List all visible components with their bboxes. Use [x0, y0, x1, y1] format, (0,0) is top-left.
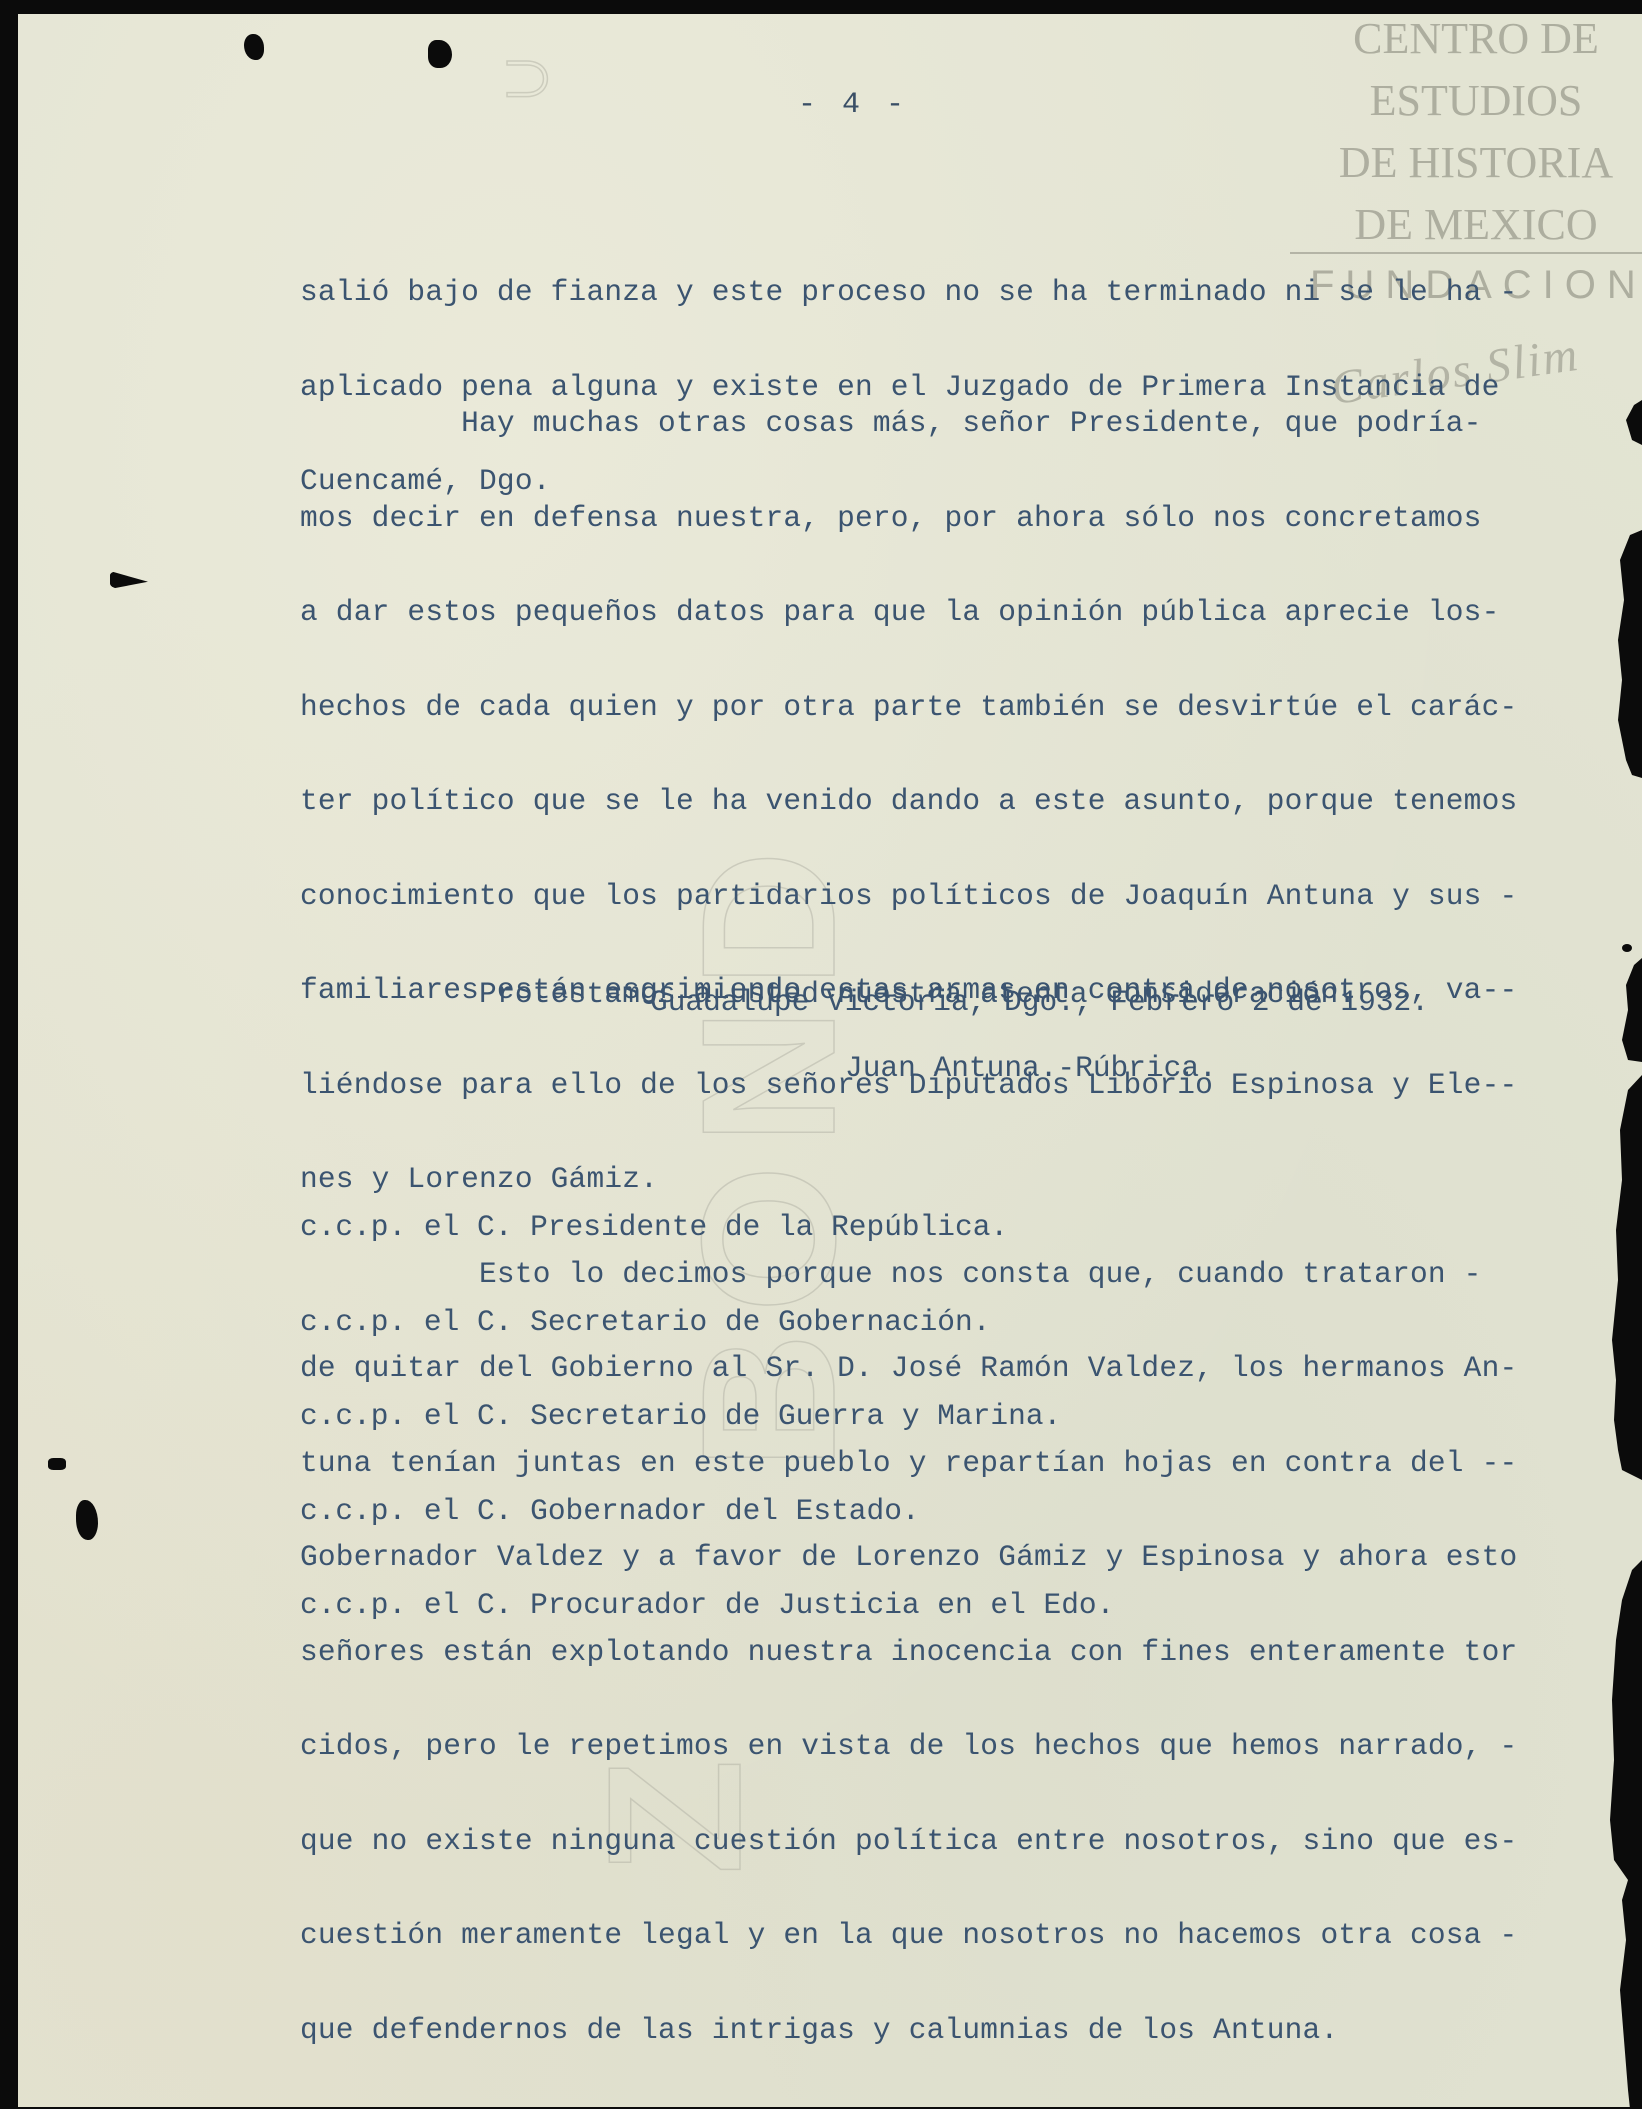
text-line: a dar estos pequeños datos para que la o…	[300, 597, 1517, 629]
closing-line: Protestamos a usted nuestra atenta consi…	[300, 916, 1356, 1042]
text-line: que defendernos de las intrigas y calumn…	[300, 2015, 1517, 2047]
signature-line: Juan Antuna.-Rúbrica.	[845, 1051, 1217, 1085]
torn-page-edge	[1522, 0, 1642, 2109]
cc-item: c.c.p. el C. Presidente de la República.	[300, 1212, 1114, 1244]
text-line: ter político que se le ha venido dando a…	[300, 786, 1517, 818]
cc-item: c.c.p. el C. Secretario de Guerra y Mari…	[300, 1401, 1114, 1433]
text-line: cuestión meramente legal y en la que nos…	[300, 1920, 1517, 1952]
text-line: mos decir en defensa nuestra, pero, por …	[300, 503, 1517, 535]
text-line: hechos de cada quien y por otra parte ta…	[300, 692, 1517, 724]
text-line: conocimiento que los partidarios polític…	[300, 881, 1517, 913]
carbon-copy-list: c.c.p. el C. Presidente de la República.…	[300, 1149, 1114, 1653]
page-number: - 4 -	[798, 88, 908, 122]
text-line: cidos, pero le repetimos en vista de los…	[300, 1731, 1517, 1763]
cc-item: c.c.p. el C. Procurador de Justicia en e…	[300, 1590, 1114, 1622]
cc-item: c.c.p. el C. Secretario de Gobernación.	[300, 1307, 1114, 1339]
place-and-date: Guadalupe Victoria, Dgo., Febrero 2 de 1…	[650, 985, 1429, 1019]
text-line: salió bajo de fianza y este proceso no s…	[300, 277, 1517, 309]
cc-item: c.c.p. el C. Gobernador del Estado.	[300, 1496, 1114, 1528]
text-line: Hay muchas otras cosas más, señor Presid…	[300, 408, 1517, 440]
text-line: que no existe ninguna cuestión política …	[300, 1826, 1517, 1858]
